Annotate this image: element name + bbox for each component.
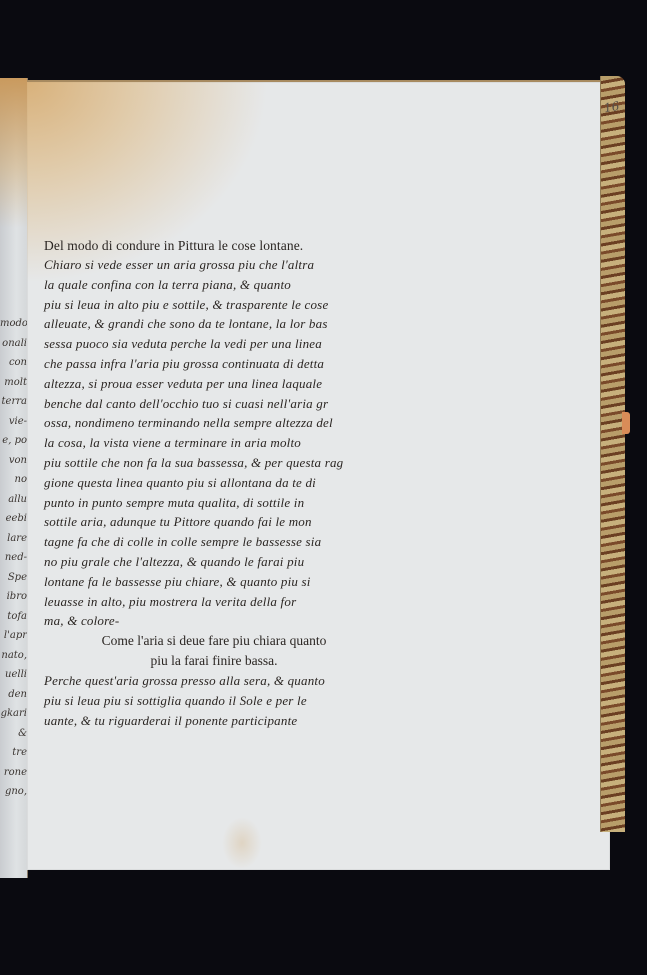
margin-fragment: l'apr bbox=[0, 626, 27, 646]
page-tab-marker bbox=[622, 412, 630, 434]
paragraph-1: Chiaro si vede esser un aria grossa piu … bbox=[44, 255, 394, 631]
text-line: che passa infra l'aria piu grossa contin… bbox=[44, 354, 394, 374]
margin-fragment: uelli bbox=[0, 665, 27, 685]
margin-fragment: gno, bbox=[0, 782, 27, 802]
manuscript-text-block: Del modo di condure in Pittura le cose l… bbox=[44, 236, 394, 731]
text-line: no piu grale che l'altezza, & quando le … bbox=[44, 552, 394, 572]
margin-fragment: von bbox=[0, 451, 27, 471]
left-page-stain bbox=[0, 78, 27, 228]
text-line: sottile aria, adunque tu Pittore quando … bbox=[44, 512, 394, 532]
text-line: punto in punto sempre muta qualita, di s… bbox=[44, 493, 394, 513]
text-line: gione questa linea quanto piu si allonta… bbox=[44, 473, 394, 493]
text-line: piu si leua piu si sottiglia quando il S… bbox=[44, 691, 394, 711]
text-line: uante, & tu riguarderai il ponente parti… bbox=[44, 711, 394, 731]
text-line: benche dal canto dell'occhio tuo si cuas… bbox=[44, 394, 394, 414]
margin-fragment: & bbox=[0, 724, 27, 744]
facing-left-page: modo onali con molt terra vie- e, po von… bbox=[0, 78, 28, 878]
margin-fragment: Spe bbox=[0, 568, 27, 588]
margin-fragment: nato, bbox=[0, 646, 27, 666]
water-stain-bottom bbox=[222, 817, 262, 869]
margin-fragment: terra bbox=[0, 392, 27, 412]
text-line: la cosa, la vista viene a terminare in a… bbox=[44, 433, 394, 453]
margin-fragment: lare bbox=[0, 529, 27, 549]
text-line: sessa puoco sia veduta perche la vedi pe… bbox=[44, 334, 394, 354]
margin-fragment: allu bbox=[0, 490, 27, 510]
text-line: ma, & colore- bbox=[44, 611, 394, 631]
text-line: Perche quest'aria grossa presso alla ser… bbox=[44, 671, 394, 691]
margin-fragment: vie- bbox=[0, 412, 27, 432]
marbled-page-edge bbox=[600, 76, 625, 832]
text-line: altezza, si proua esser veduta per una l… bbox=[44, 374, 394, 394]
left-page-margin-text: modo onali con molt terra vie- e, po von… bbox=[0, 314, 27, 802]
page-number: 16 bbox=[603, 99, 620, 115]
section-heading-line-2: piu la farai finire bassa. bbox=[44, 651, 384, 671]
margin-fragment: tre bbox=[0, 743, 27, 763]
margin-fragment: e, po bbox=[0, 431, 27, 451]
margin-fragment: gkari bbox=[0, 704, 27, 724]
text-line: la quale confina con la terra piana, & q… bbox=[44, 275, 394, 295]
margin-fragment: ibro bbox=[0, 587, 27, 607]
margin-fragment: den bbox=[0, 685, 27, 705]
text-line: piu si leua in alto piu e sottile, & tra… bbox=[44, 295, 394, 315]
section-heading-line-1: Come l'aria si deue fare piu chiara quan… bbox=[44, 631, 384, 651]
text-line: piu sottile che non fa la sua bassessa, … bbox=[44, 453, 394, 473]
text-line: tagne fa che di colle in colle sempre le… bbox=[44, 532, 394, 552]
margin-fragment: eebi bbox=[0, 509, 27, 529]
text-line: alleuate, & grandi che sono da te lontan… bbox=[44, 314, 394, 334]
margin-fragment: con bbox=[0, 353, 27, 373]
margin-fragment: no bbox=[0, 470, 27, 490]
text-line: Chiaro si vede esser un aria grossa piu … bbox=[44, 255, 394, 275]
text-line: ossa, nondimeno terminando nella sempre … bbox=[44, 413, 394, 433]
margin-fragment: tofa bbox=[0, 607, 27, 627]
chapter-heading: Del modo di condure in Pittura le cose l… bbox=[44, 236, 394, 255]
margin-fragment: molt bbox=[0, 373, 27, 393]
margin-fragment: onali bbox=[0, 334, 27, 354]
margin-fragment: rone bbox=[0, 763, 27, 783]
text-line: leuasse in alto, piu mostrera la verita … bbox=[44, 592, 394, 612]
paragraph-2: Perche quest'aria grossa presso alla ser… bbox=[44, 671, 394, 730]
margin-fragment: modo bbox=[0, 314, 27, 334]
text-line: lontane fa le bassesse piu chiare, & qua… bbox=[44, 572, 394, 592]
margin-fragment: ned- bbox=[0, 548, 27, 568]
